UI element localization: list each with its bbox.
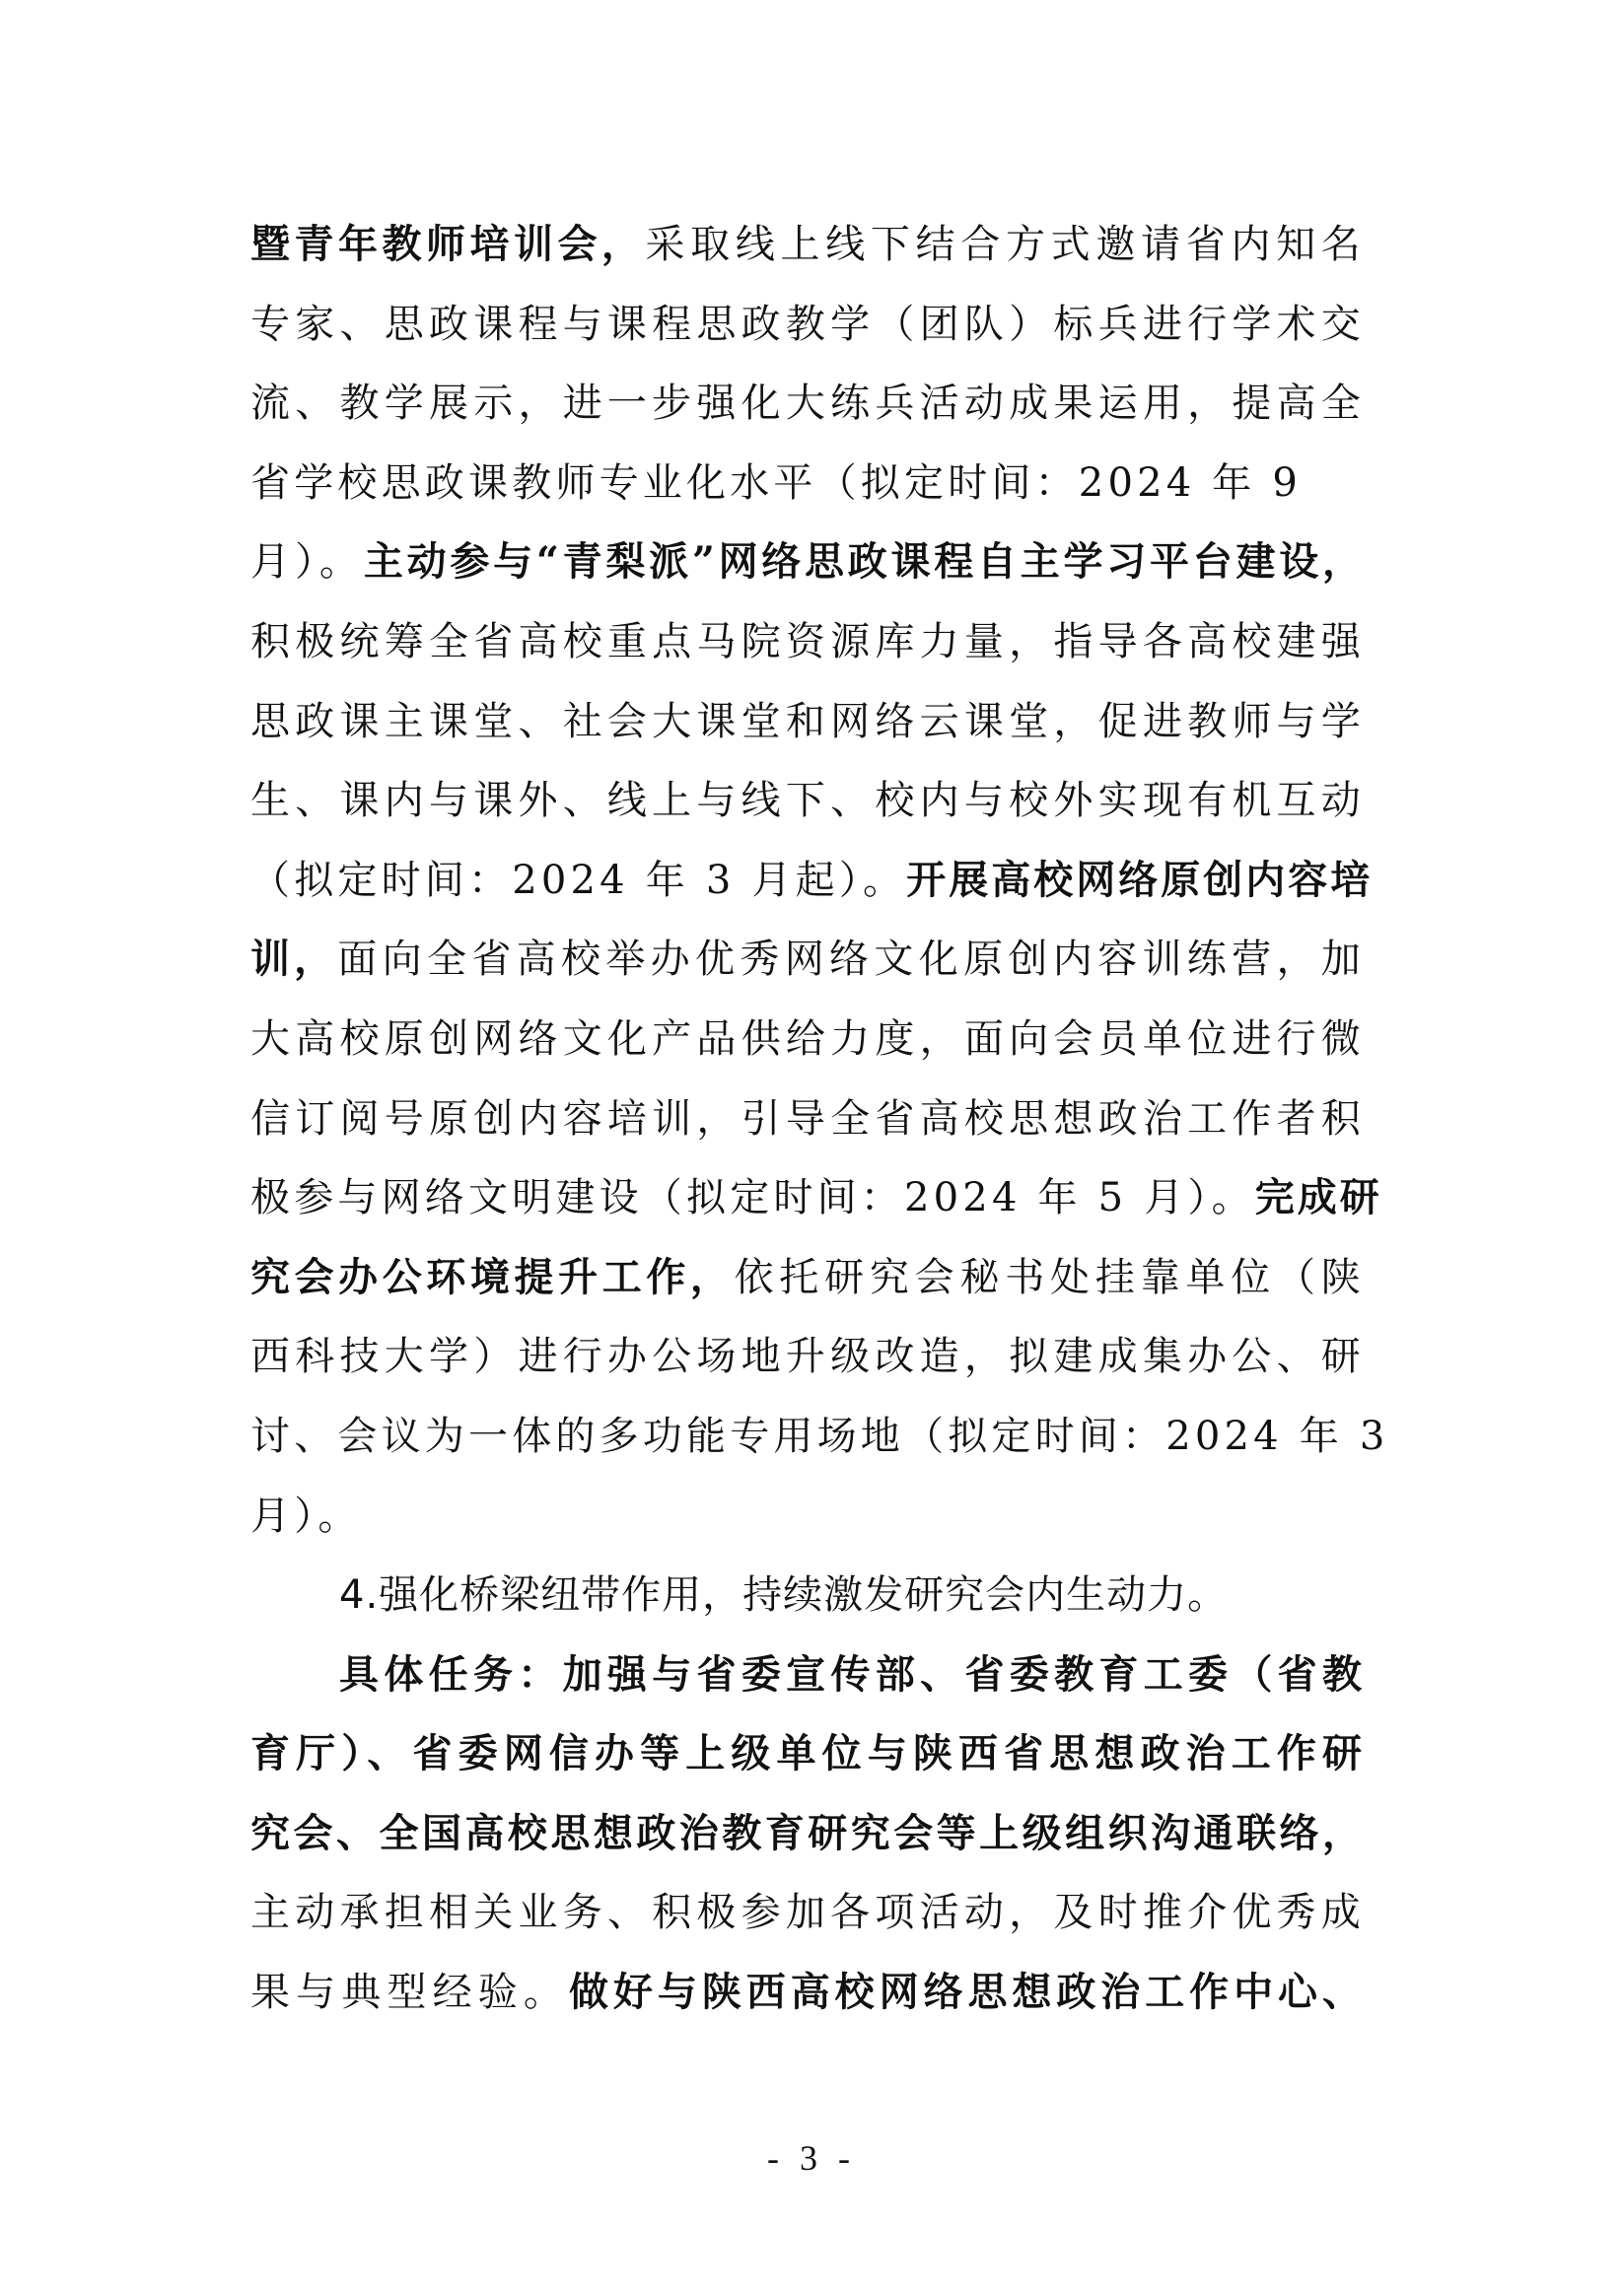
- text-line: 具体任务：加强与省委宣传部、省委教育工委（省教: [250, 1635, 1365, 1715]
- text-line: 信订阅号原创内容培训，引导全省高校思想政治工作者积: [250, 1079, 1365, 1159]
- bold-phrase: 训，: [250, 936, 337, 982]
- bold-phrase: 育厅）、省委网信办等上级单位与陕西省思想政治工作研: [250, 1730, 1365, 1776]
- text-line: 思政课主课堂、社会大课堂和网络云课堂，促进教师与学: [250, 682, 1365, 762]
- text-line: 暨青年教师培训会，采取线上线下结合方式邀请省内知名: [250, 205, 1365, 285]
- text-line: 月）。主动参与“青梨派”网络思政课程自主学习平台建设，: [250, 522, 1365, 602]
- text-line: 极参与网络文明建设（拟定时间：2024 年 5 月）。完成研: [250, 1158, 1365, 1238]
- text-run: 积极统筹全省高校重点马院资源库力量，指导各高校建强: [250, 619, 1365, 664]
- text-run: （拟定时间：2024 年 3 月起）。: [250, 858, 906, 903]
- text-line: 训，面向全省高校举办优秀网络文化原创内容训练营，加: [250, 920, 1365, 1000]
- text-run: 大高校原创网络文化产品供给力度，面向会员单位进行微: [250, 1016, 1365, 1062]
- bold-phrase: 做好与陕西高校网络思想政治工作中心、: [569, 1969, 1365, 2015]
- text-line: 省学校思政课教师专业化水平（拟定时间：2024 年 9: [250, 444, 1365, 523]
- bold-phrase: 完成研: [1255, 1174, 1382, 1220]
- bold-phrase: 主动参与“青梨派”网络思政课程自主学习平台建设，: [364, 538, 1365, 585]
- bold-phrase: 暨青年教师培训会，: [250, 221, 645, 267]
- text-line: 积极统筹全省高校重点马院资源库力量，指导各高校建强: [250, 602, 1365, 682]
- text-run: 专家、思政课程与课程思政教学（团队）标兵进行学术交: [250, 302, 1365, 347]
- text-line: 究会、全国高校思想政治教育研究会等上级组织沟通联络，: [250, 1794, 1365, 1874]
- text-run: 主动承担相关业务、积极参加各项活动，及时推介优秀成: [250, 1890, 1365, 1935]
- text-run: 思政课主课堂、社会大课堂和网络云课堂，促进教师与学: [250, 699, 1365, 744]
- section-heading: 4.强化桥梁纽带作用，持续激发研究会内生动力。: [250, 1556, 1365, 1635]
- task-paragraph: 具体任务：加强与省委宣传部、省委教育工委（省教育厅）、省委网信办等上级单位与陕西…: [250, 1635, 1365, 2033]
- document-page: 暨青年教师培训会，采取线上线下结合方式邀请省内知名专家、思政课程与课程思政教学（…: [0, 0, 1623, 2296]
- text-run: 采取线上线下结合方式邀请省内知名: [645, 222, 1365, 267]
- text-line: （拟定时间：2024 年 3 月起）。开展高校网络原创内容培: [250, 841, 1365, 921]
- text-run: 流、教学展示，进一步强化大练兵活动成果运用，提高全: [250, 381, 1365, 426]
- page-number: - 3 -: [0, 2137, 1623, 2179]
- text-line: 西科技大学）进行办公场地升级改造，拟建成集办公、研: [250, 1317, 1365, 1397]
- text-line: 主动承担相关业务、积极参加各项活动，及时推介优秀成: [250, 1873, 1365, 1953]
- text-line: 大高校原创网络文化产品供给力度，面向会员单位进行微: [250, 1000, 1365, 1079]
- bold-phrase: 究会、全国高校思想政治教育研究会等上级组织沟通联络，: [250, 1810, 1365, 1856]
- text-run: 西科技大学）进行办公场地升级改造，拟建成集办公、研: [250, 1334, 1365, 1379]
- text-line: 果与典型经验。做好与陕西高校网络思想政治工作中心、: [250, 1953, 1365, 2033]
- text-run: 果与典型经验。: [250, 1970, 569, 2015]
- text-line: 生、课内与课外、线上与线下、校内与校外实现有机互动: [250, 761, 1365, 841]
- text-line: 育厅）、省委网信办等上级单位与陕西省思想政治工作研: [250, 1714, 1365, 1794]
- text-run: 极参与网络文明建设（拟定时间：2024 年 5 月）。: [250, 1175, 1255, 1220]
- text-run: 依托研究会秘书处挂靠单位（陕: [735, 1255, 1366, 1300]
- text-run: 生、课内与课外、线上与线下、校内与校外实现有机互动: [250, 778, 1365, 823]
- text-line: 专家、思政课程与课程思政教学（团队）标兵进行学术交: [250, 285, 1365, 365]
- text-run: 月）。: [250, 1494, 362, 1539]
- bold-phrase: 开展高校网络原创内容培: [906, 857, 1373, 903]
- text-run: 面向全省高校举办优秀网络文化原创内容训练营，加: [337, 937, 1365, 982]
- body-text: 暨青年教师培训会，采取线上线下结合方式邀请省内知名专家、思政课程与课程思政教学（…: [250, 205, 1365, 2033]
- bold-phrase: 究会办公环境提升工作，: [250, 1254, 735, 1300]
- paragraph-continuation: 暨青年教师培训会，采取线上线下结合方式邀请省内知名专家、思政课程与课程思政教学（…: [250, 205, 1365, 1556]
- text-line: 究会办公环境提升工作，依托研究会秘书处挂靠单位（陕: [250, 1238, 1365, 1318]
- text-line: 月）。: [250, 1477, 1365, 1557]
- bold-phrase: 具体任务：加强与省委宣传部、省委教育工委（省教: [339, 1651, 1365, 1698]
- text-run: 省学校思政课教师专业化水平（拟定时间：2024 年 9: [250, 460, 1302, 506]
- text-run: 月）。: [250, 539, 364, 585]
- text-line: 讨、会议为一体的多功能专用场地（拟定时间：2024 年 3: [250, 1397, 1365, 1477]
- text-run: 讨、会议为一体的多功能专用场地（拟定时间：2024 年 3: [250, 1414, 1388, 1459]
- text-run: 信订阅号原创内容培训，引导全省高校思想政治工作者积: [250, 1096, 1365, 1142]
- text-line: 流、教学展示，进一步强化大练兵活动成果运用，提高全: [250, 364, 1365, 444]
